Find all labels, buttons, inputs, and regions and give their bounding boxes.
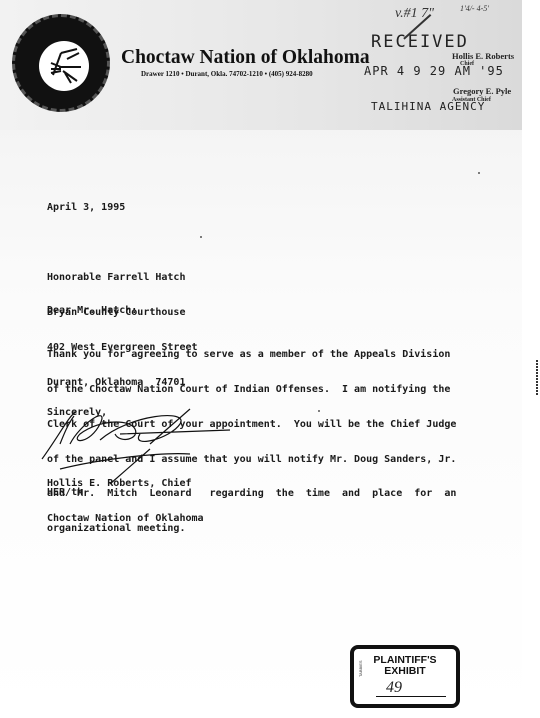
organization-name: Choctaw Nation of Oklahoma <box>121 47 370 69</box>
officer-chief-name: Hollis E. Roberts <box>452 51 514 61</box>
received-stamp: RECEIVED <box>371 32 469 52</box>
plaintiffs-exhibit-sticker: TABBIES PLAINTIFF'S EXHIBIT 49 <box>350 645 460 708</box>
officer-assistant-title: Assistant Chief <box>452 97 491 103</box>
officer-assistant-name: Gregory E. Pyle <box>453 86 511 96</box>
body-line: Thank you for agreeing to serve as a mem… <box>47 349 456 361</box>
scan-speck <box>200 236 202 238</box>
exhibit-number: 49 <box>386 679 402 697</box>
signer-organization: Choctaw Nation of Oklahoma <box>47 513 204 525</box>
weapons-emblem-icon <box>39 41 89 91</box>
scan-edge-mark <box>536 360 538 396</box>
scan-speck <box>478 172 480 174</box>
seal-logo-icon <box>12 14 110 112</box>
organization-address: Drawer 1210 • Durant, Okla. 74702-1210 •… <box>141 70 313 78</box>
recipient-line: Honorable Farrell Hatch <box>47 272 198 284</box>
exhibit-number-underline <box>376 696 446 697</box>
handwritten-note-2: 1'4/- 4-5' <box>460 4 489 13</box>
exhibit-title-line2: EXHIBIT <box>354 666 456 677</box>
seal-center <box>39 41 89 91</box>
signature-block: Hollis E. Roberts, Chief Choctaw Nation … <box>47 455 204 548</box>
typist-initials: HER/th <box>47 487 83 499</box>
salutation: Dear Mr. Hatch: <box>47 305 137 317</box>
letter-date: April 3, 1995 <box>47 202 125 214</box>
received-stamp-date: APR 4 9 29 AM '95 <box>364 64 504 78</box>
officer-chief-title: Chief <box>460 61 474 67</box>
document-page: Choctaw Nation of Oklahoma Drawer 1210 •… <box>0 0 540 718</box>
scan-margin <box>522 0 540 718</box>
scan-speck <box>318 410 320 412</box>
body-line: of the Choctaw Nation Court of Indian Of… <box>47 384 456 396</box>
